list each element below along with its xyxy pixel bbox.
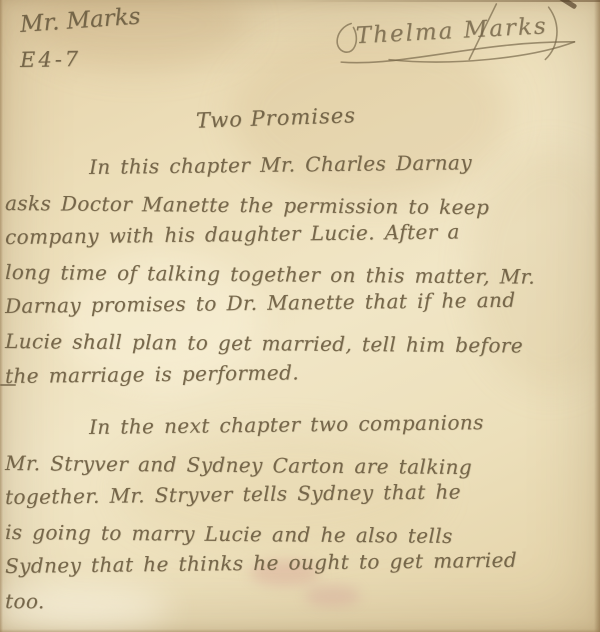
signature-block: Thelma Marks <box>328 0 586 75</box>
handwritten-line: In the next chapter two companions <box>5 404 598 446</box>
page-edge-left <box>0 0 3 632</box>
handwritten-line: Darnay promises to Dr. Manette that if h… <box>5 282 598 324</box>
handwritten-line: Sydney that he thinks he ought to get ma… <box>5 542 598 584</box>
handwritten-line: In this chapter Mr. Charles Darnay <box>5 144 598 186</box>
class-code: E4-7 <box>20 46 141 72</box>
paragraph-1: In this chapter Mr. Charles Darnay asks … <box>5 151 598 393</box>
handwritten-line: too. <box>5 584 598 624</box>
student-name: Mr. Marks <box>19 4 141 38</box>
handwritten-line: the marriage is performed. <box>5 351 598 393</box>
header-name-block: Mr. Marks E4-7 <box>20 12 141 71</box>
handwritten-line: company with his daughter Lucie. After a <box>5 213 598 255</box>
paragraph-2: In the next chapter two companions Mr. S… <box>5 411 598 619</box>
essay-title: Two Promises <box>196 103 357 133</box>
handwritten-line: together. Mr. Stryver tells Sydney that … <box>5 473 598 515</box>
handwritten-document-page: Mr. Marks E4-7 Thelma Marks Two Promises… <box>0 0 600 632</box>
